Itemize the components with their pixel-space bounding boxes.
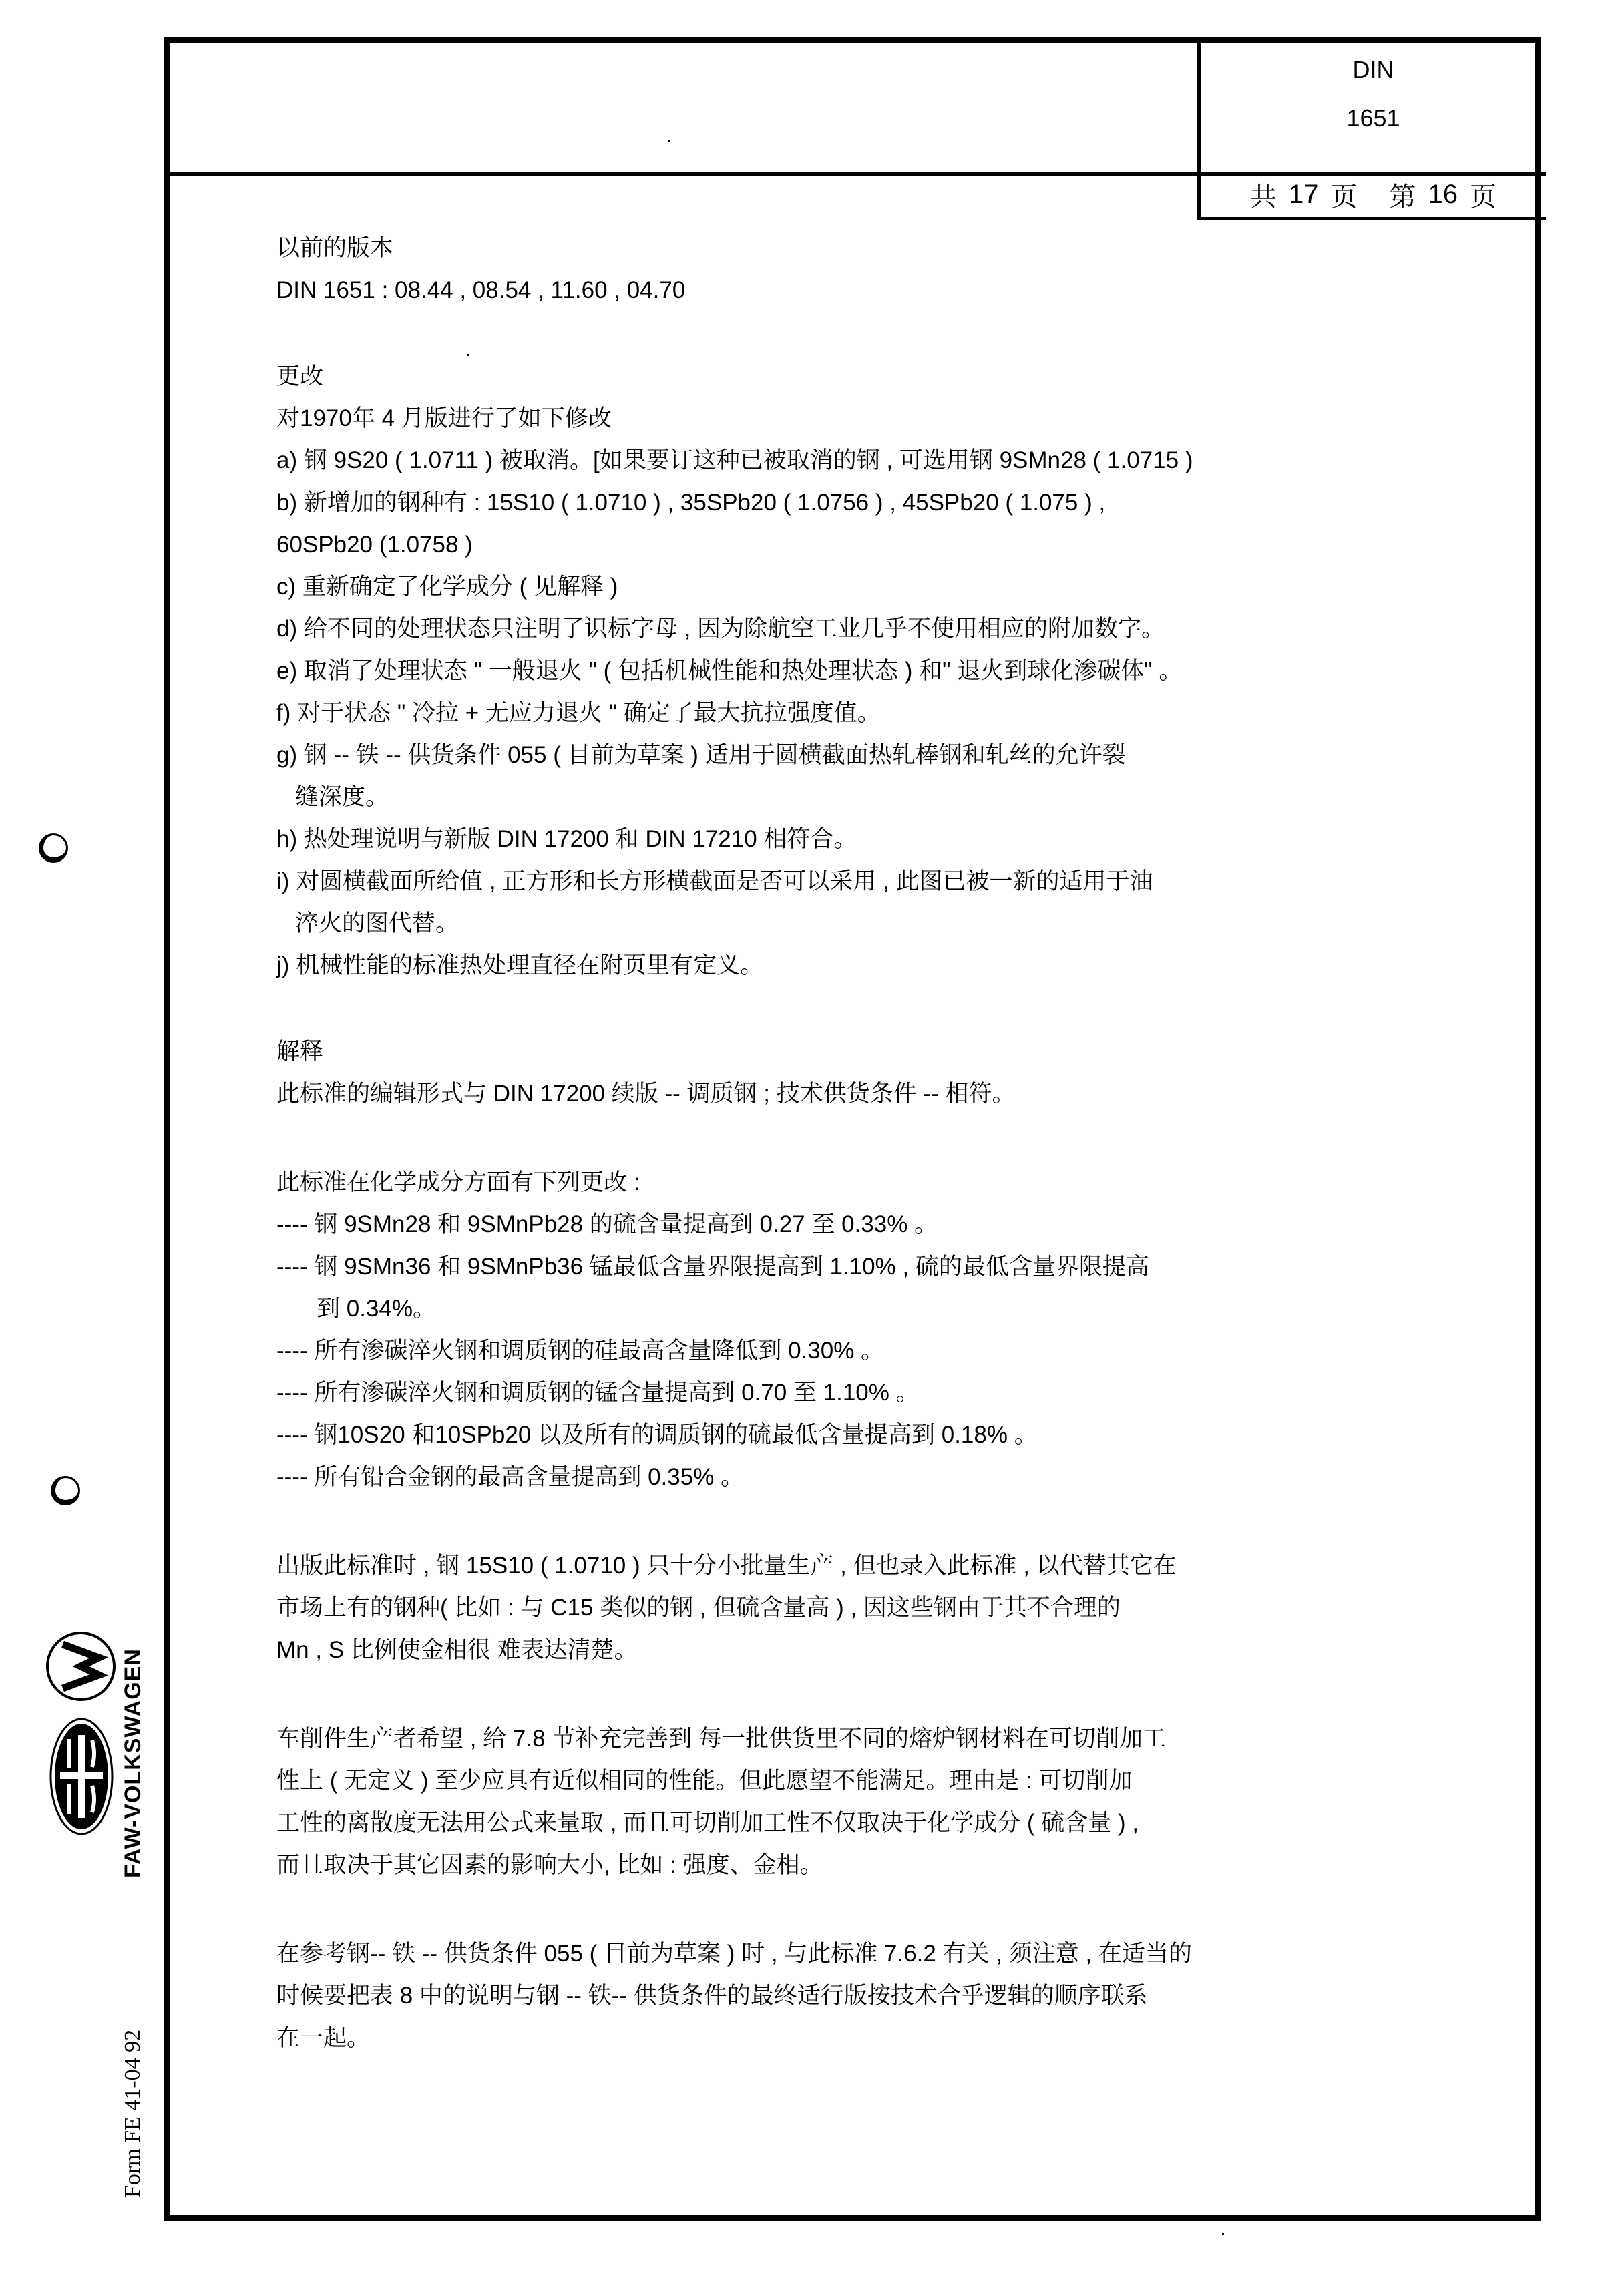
paragraph-line: 在参考钢-- 铁 -- 供货条件 055 ( 目前为草案 ) 时 , 与此标准 … — [276, 1933, 1345, 1975]
paragraph-line: 性上 ( 无定义 ) 至少应具有近似相同的性能。但此愿望不能满足。理由是 : 可… — [276, 1760, 1345, 1802]
chem-item: ---- 所有渗碳淬火钢和调质钢的硅最高含量降低到 0.30% 。 — [276, 1330, 1345, 1372]
standard-number: 1651 — [1201, 104, 1546, 132]
paragraph-line: Mn , S 比例使金相很 难表达清楚。 — [276, 1629, 1345, 1671]
section-changes: 更改 对1970年 4 月版进行了如下修改 a) 钢 9S20 ( 1.0711… — [276, 355, 1345, 986]
chem-item: ---- 钢10S20 和10SPb20 以及所有的调质钢的硫最低含量提高到 0… — [276, 1414, 1345, 1456]
paragraph-line: 而且取决于其它因素的影响大小, 比如 : 强度、金相。 — [276, 1844, 1345, 1886]
change-item-i: i) 对圆横截面所给值 , 正方形和长方形横截面是否可以采用 , 此图已被一新的… — [276, 860, 1345, 902]
current-page: 16 — [1428, 180, 1458, 210]
changes-intro: 对1970年 4 月版进行了如下修改 — [276, 397, 1345, 439]
standard-id-box: DIN 1651 — [1197, 37, 1546, 176]
page-count: 共 17 页 第 16 页 — [1197, 172, 1546, 220]
chem-changes-intro: 此标准在化学成分方面有下列更改 : — [276, 1161, 1345, 1203]
paragraph-line: 出版此标准时 , 钢 15S10 ( 1.0710 ) 只十分小批量生产 , 但… — [276, 1545, 1345, 1587]
change-item-f: f) 对于状态 " 冷拉 + 无应力退火 " 确定了最大抗拉强度值。 — [276, 692, 1345, 734]
paragraph-line: 工性的离散度无法用公式来量取 , 而且可切削加工性不仅取决于化学成分 ( 硫含量… — [276, 1802, 1345, 1844]
standard-prefix: DIN — [1201, 56, 1546, 84]
current-suffix: 页 — [1470, 176, 1496, 214]
paragraph-line: 时候要把表 8 中的说明与钢 -- 铁-- 供货条件的最终适行版按技术合乎逻辑的… — [276, 1975, 1345, 2017]
document-body: 以前的版本 DIN 1651 : 08.44 , 08.54 , 11.60 ,… — [276, 227, 1345, 2059]
chem-item-cont: 到 0.34%。 — [276, 1288, 1345, 1330]
total-prefix: 共 — [1250, 176, 1277, 214]
change-item-i-cont: 淬火的图代替。 — [276, 902, 1345, 944]
binder-hole-icon — [51, 1476, 80, 1505]
change-item-g-cont: 缝深度。 — [276, 776, 1345, 818]
chem-item: ---- 钢 9SMn36 和 9SMnPb36 锰最低含量界限提高到 1.10… — [276, 1246, 1345, 1288]
section-explanation: 解释 此标准的编辑形式与 DIN 17200 续版 -- 调质钢 ; 技术供货条… — [276, 1030, 1345, 2059]
brand-strip: FAW-VOLKSWAGEN — [40, 1589, 174, 1937]
vw-logo-icon — [44, 1630, 118, 1703]
chem-item: ---- 所有渗碳淬火钢和调质钢的锰含量提高到 0.70 至 1.10% 。 — [276, 1372, 1345, 1414]
change-item-b-cont: 60SPb20 (1.0758 ) — [276, 524, 1345, 566]
paragraph-line: 市场上有的钢种( 比如 : 与 C15 类似的钢 , 但硫含量高 ) , 因这些… — [276, 1587, 1345, 1629]
change-item-g: g) 钢 -- 铁 -- 供货条件 055 ( 目前为草案 ) 适用于圆横截面热… — [276, 734, 1345, 776]
section-title: 解释 — [276, 1030, 1345, 1073]
previous-editions-text: DIN 1651 : 08.44 , 08.54 , 11.60 , 04.70 — [276, 269, 1345, 311]
change-item-b: b) 新增加的钢种有 : 15S10 ( 1.0710 ) , 35SPb20 … — [276, 482, 1345, 524]
scan-speck — [668, 140, 670, 142]
section-previous-editions: 以前的版本 DIN 1651 : 08.44 , 08.54 , 11.60 ,… — [276, 227, 1345, 311]
change-item-h: h) 热处理说明与新版 DIN 17200 和 DIN 17210 相符合。 — [276, 818, 1345, 860]
total-pages: 17 — [1289, 180, 1319, 210]
brand-name: FAW-VOLKSWAGEN — [120, 1589, 160, 1937]
scan-speck — [467, 354, 469, 356]
total-suffix: 页 — [1331, 176, 1358, 214]
faw-logo-icon — [48, 1716, 115, 1837]
change-item-d: d) 给不同的处理状态只注明了识标字母 , 因为除航空工业几乎不使用相应的附加数… — [276, 608, 1345, 650]
paragraph-line: 在一起。 — [276, 2017, 1345, 2059]
change-item-j: j) 机械性能的标准热处理直径在附页里有定义。 — [276, 944, 1345, 986]
explanation-text: 此标准的编辑形式与 DIN 17200 续版 -- 调质钢 ; 技术供货条件 -… — [276, 1073, 1345, 1115]
section-title: 更改 — [276, 355, 1345, 397]
scan-speck — [1222, 2233, 1224, 2235]
change-item-e: e) 取消了处理状态 " 一般退火 " ( 包括机械性能和热处理状态 ) 和" … — [276, 650, 1345, 692]
current-prefix: 第 — [1390, 176, 1416, 214]
binder-hole-icon — [39, 833, 68, 863]
section-title: 以前的版本 — [276, 227, 1345, 269]
change-item-a: a) 钢 9S20 ( 1.0711 ) 被取消。[如果要订这种已被取消的钢 ,… — [276, 439, 1345, 482]
paragraph-line: 车削件生产者希望 , 给 7.8 节补充完善到 每一批供货里不同的熔炉钢材料在可… — [276, 1718, 1345, 1760]
chem-item: ---- 钢 9SMn28 和 9SMnPb28 的硫含量提高到 0.27 至 … — [276, 1203, 1345, 1246]
change-item-c: c) 重新确定了化学成分 ( 见解释 ) — [276, 566, 1345, 608]
chem-item: ---- 所有铅合金钢的最高含量提高到 0.35% 。 — [276, 1456, 1345, 1498]
form-code: Form FE 41-04 92 — [120, 2017, 154, 2211]
